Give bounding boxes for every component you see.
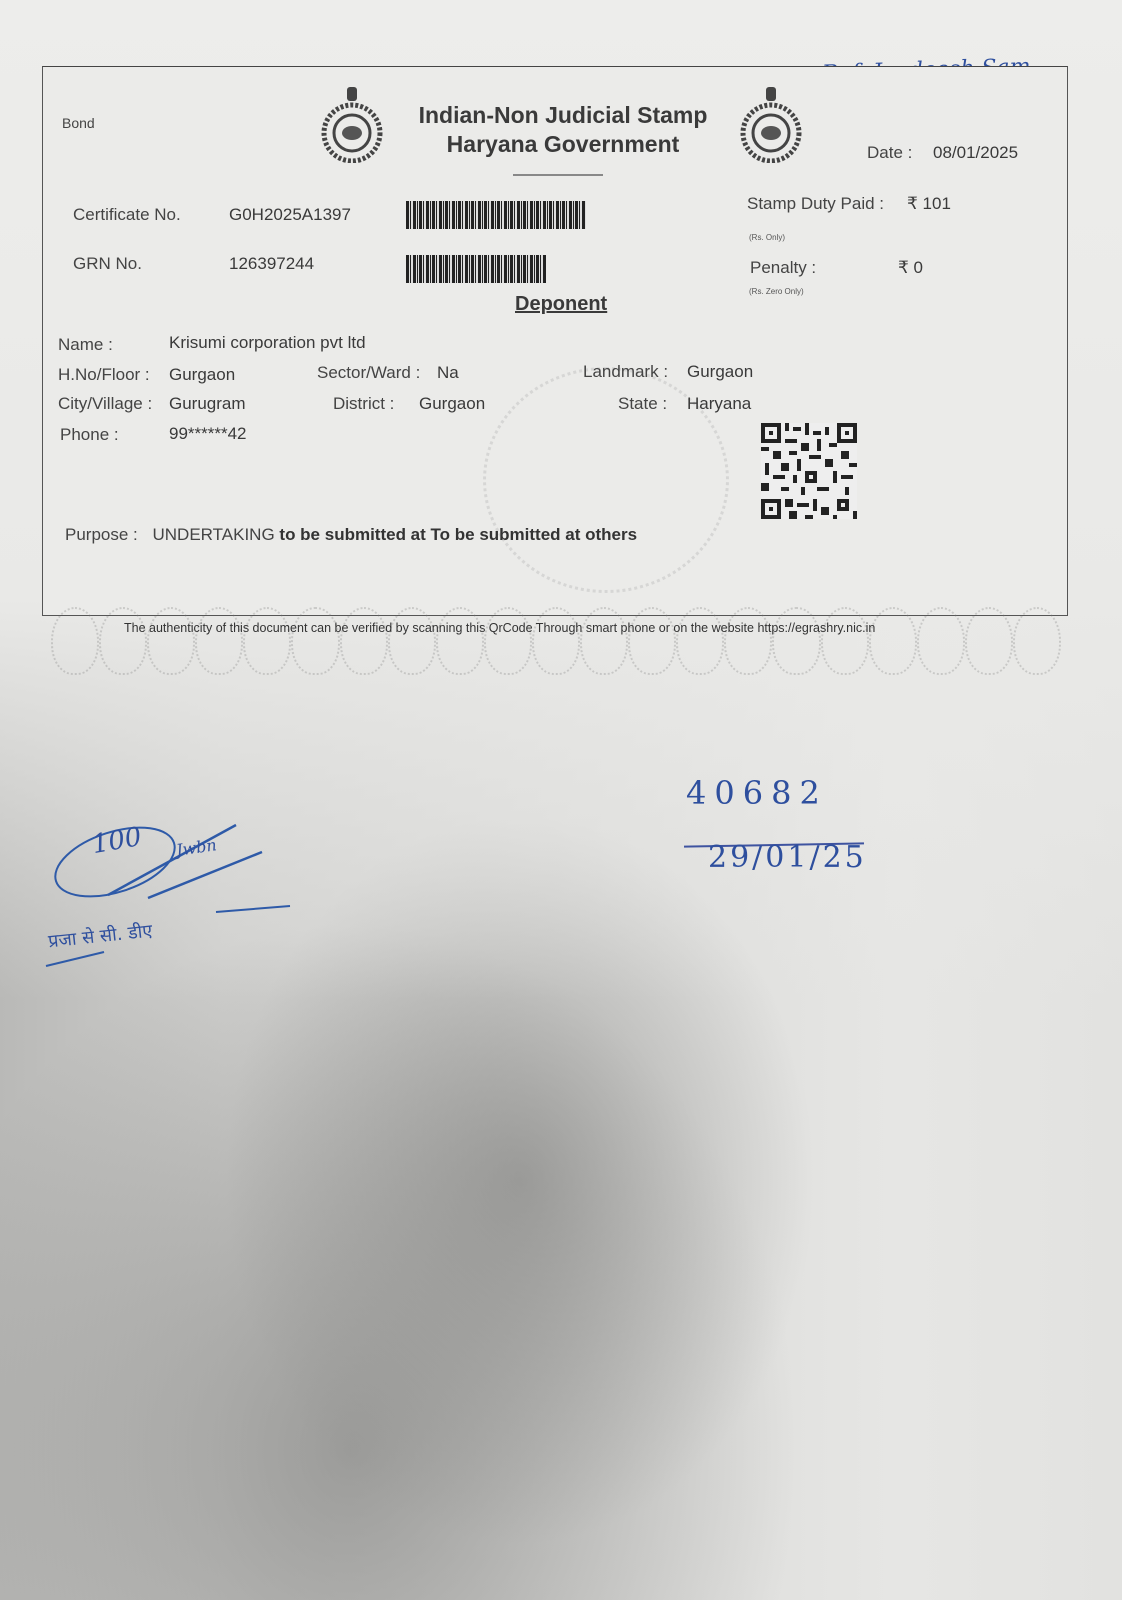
district-label: District : <box>333 394 394 414</box>
purpose-label: Purpose : <box>65 525 138 544</box>
penalty-value: ₹ 0 <box>898 258 923 278</box>
penalty-label: Penalty : <box>750 258 816 278</box>
stamp-title-line1: Indian-Non Judicial Stamp <box>398 101 728 130</box>
date-label: Date : <box>867 143 912 163</box>
state-value: Haryana <box>687 394 751 414</box>
stamp-duty-value: ₹ 101 <box>907 194 951 214</box>
stamp-title: Indian-Non Judicial Stamp Haryana Govern… <box>398 101 728 159</box>
state-label: State : <box>618 394 667 414</box>
purpose-value-plain: UNDERTAKING <box>153 525 275 544</box>
certificate-label: Certificate No. <box>73 205 181 225</box>
certificate-value: G0H2025A1397 <box>229 205 351 225</box>
stamp-paper: Bond Indian-Non Judicial Stamp Haryana G… <box>42 66 1068 616</box>
document-type: Bond <box>62 115 95 131</box>
grn-barcode <box>406 255 546 283</box>
city-value: Gurugram <box>169 394 246 414</box>
certificate-barcode <box>406 201 586 229</box>
haryana-emblem-icon <box>321 85 383 163</box>
stamp-duty-words: (Rs. Only) <box>749 233 785 242</box>
stamp-duty-label: Stamp Duty Paid : <box>747 194 884 214</box>
grn-label: GRN No. <box>73 254 142 274</box>
deponent-heading: Deponent <box>515 293 607 316</box>
penalty-words: (Rs. Zero Only) <box>749 287 804 296</box>
landmark-value: Gurgaon <box>687 362 753 382</box>
signature-mark <box>40 800 310 990</box>
entry-number: 40682 <box>686 774 828 812</box>
house-value: Gurgaon <box>169 365 235 385</box>
landmark-label: Landmark : <box>583 362 668 382</box>
entry-date: 29/01/25 <box>708 840 867 875</box>
district-value: Gurgaon <box>419 394 485 414</box>
verification-note: The authenticity of this document can be… <box>124 621 875 635</box>
phone-label: Phone : <box>60 425 119 445</box>
city-label: City/Village : <box>58 394 152 414</box>
date-value: 08/01/2025 <box>933 143 1018 163</box>
watermark-border <box>51 607 1061 677</box>
haryana-emblem-icon <box>740 85 802 163</box>
grn-value: 126397244 <box>229 254 314 274</box>
name-label: Name : <box>58 335 113 355</box>
stamp-title-line2: Haryana Government <box>398 130 728 159</box>
house-label: H.No/Floor : <box>58 365 150 385</box>
phone-value: 99******42 <box>169 424 247 444</box>
qr-code-icon[interactable] <box>761 423 857 519</box>
purpose-value-bold: to be submitted at To be submitted at ot… <box>279 525 637 544</box>
purpose-row: Purpose : UNDERTAKING to be submitted at… <box>65 525 637 545</box>
title-underline <box>513 174 603 176</box>
sector-value: Na <box>437 363 459 383</box>
sector-label: Sector/Ward : <box>317 363 420 383</box>
name-value: Krisumi corporation pvt ltd <box>169 333 366 353</box>
